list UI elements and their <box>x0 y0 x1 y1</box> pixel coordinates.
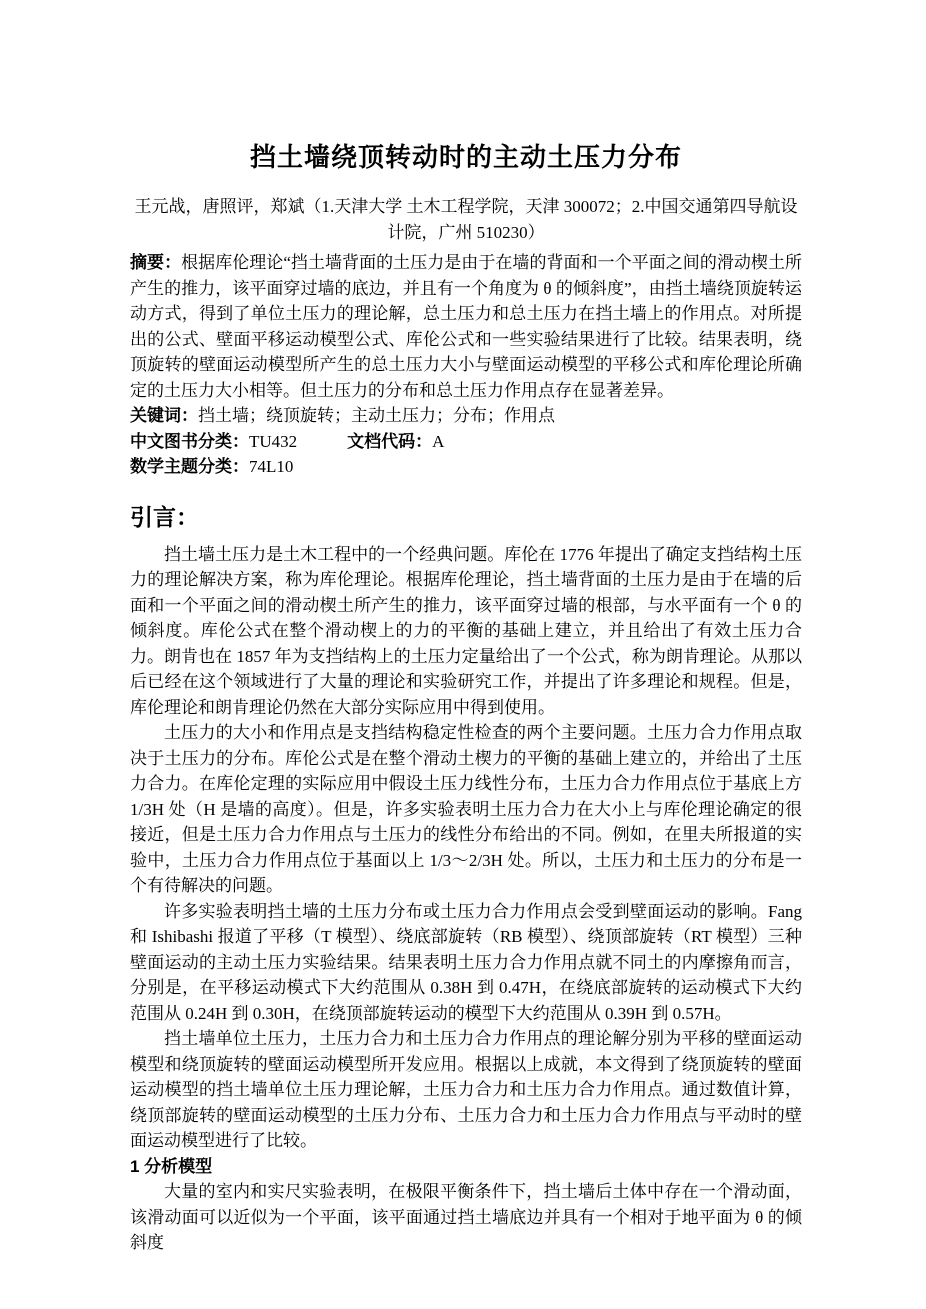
document-content: 挡土墙绕顶转动时的主动土压力分布 王元战，唐照评，郑斌（1.天津大学 土木工程学… <box>130 140 802 1256</box>
document-page: 挡土墙绕顶转动时的主动土压力分布 王元战，唐照评，郑斌（1.天津大学 土木工程学… <box>0 0 926 1309</box>
authors-affiliations: 王元战，唐照评，郑斌（1.天津大学 土木工程学院，天津 300072；2.中国交… <box>130 194 802 246</box>
doc-code-label: 文档代码： <box>347 432 432 451</box>
abstract-label: 摘要： <box>130 253 181 272</box>
intro-paragraph-4: 挡土墙单位土压力，土压力合力和土压力合力作用点的理论解分别为平移的壁面运动模型和… <box>130 1026 802 1154</box>
section-1-paragraph-1: 大量的室内和实尺实验表明，在极限平衡条件下，挡土墙后土体中存在一个滑动面，该滑动… <box>130 1179 802 1256</box>
intro-paragraph-1: 挡土墙土压力是土木工程中的一个经典问题。库伦在 1776 年提出了确定支挡结构土… <box>130 542 802 721</box>
msc-label: 数学主题分类： <box>130 457 249 476</box>
paper-title: 挡土墙绕顶转动时的主动土压力分布 <box>130 140 802 176</box>
keywords-text: 挡土墙；绕顶旋转；主动土压力；分布；作用点 <box>198 406 555 425</box>
doc-code-value: A <box>432 432 444 451</box>
introduction-heading: 引言： <box>130 502 802 532</box>
abstract: 摘要：根据库伦理论“挡土墙背面的土压力是由于在墙的背面和一个平面之间的滑动楔土所… <box>130 250 802 403</box>
abstract-text: 根据库伦理论“挡土墙背面的土压力是由于在墙的背面和一个平面之间的滑动楔土所产生的… <box>130 253 802 400</box>
keywords: 关键词：挡土墙；绕顶旋转；主动土压力；分布；作用点 <box>130 403 802 429</box>
clc-label: 中文图书分类： <box>130 432 249 451</box>
intro-paragraph-3: 许多实验表明挡土墙的土压力分布或土压力合力作用点会受到壁面运动的影响。Fang … <box>130 899 802 1027</box>
classification-line: 中文图书分类：TU432文档代码：A <box>130 429 802 455</box>
intro-paragraph-2: 土压力的大小和作用点是支挡结构稳定性检查的两个主要问题。土压力合力作用点取决于土… <box>130 720 802 899</box>
msc-line: 数学主题分类：74L10 <box>130 454 802 480</box>
keywords-label: 关键词： <box>130 406 198 425</box>
clc-value: TU432 <box>249 432 297 451</box>
msc-value: 74L10 <box>249 457 293 476</box>
section-1-heading: 1 分析模型 <box>130 1154 802 1180</box>
